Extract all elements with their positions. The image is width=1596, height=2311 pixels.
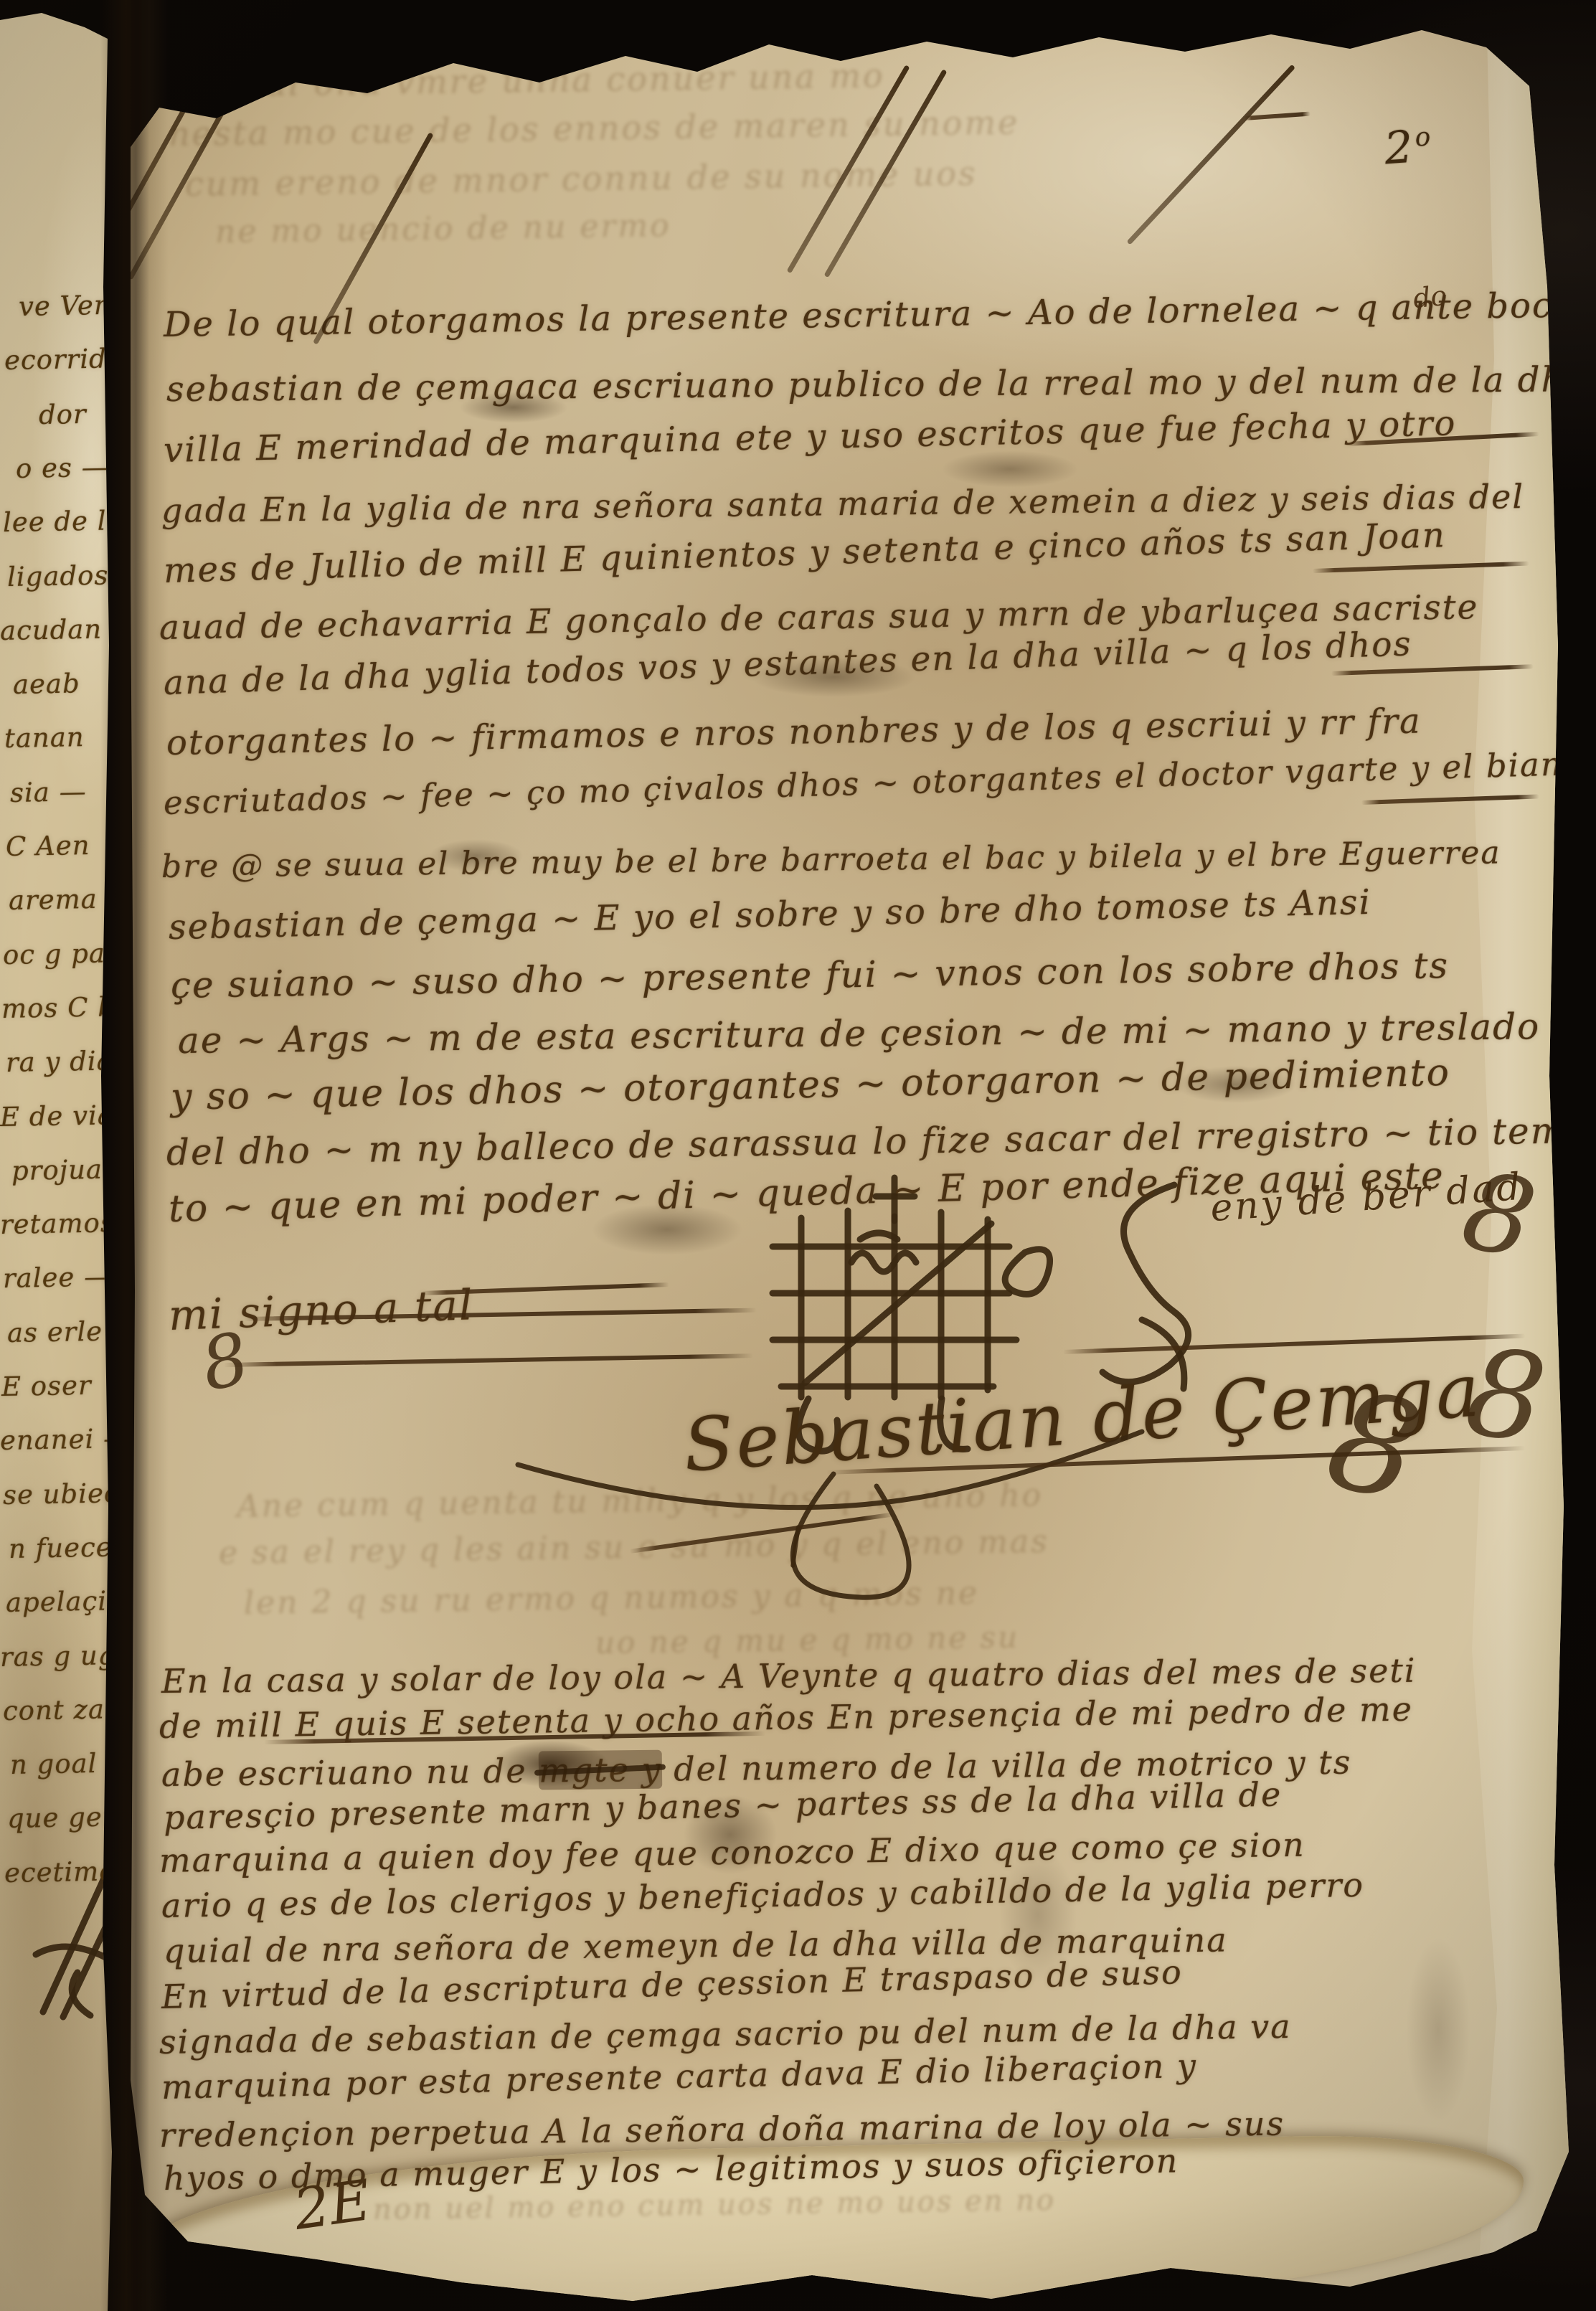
ink-blot bbox=[998, 1847, 1077, 1983]
ink-rule bbox=[1245, 112, 1311, 120]
manuscript-line: villa E merindad de marquina ete y uso e… bbox=[163, 403, 1456, 471]
ink-blot bbox=[1174, 1066, 1297, 1103]
ink-blot bbox=[591, 1204, 743, 1255]
left-page-line-fragment: dor bbox=[39, 398, 87, 430]
folio-number: 2o bbox=[1383, 119, 1436, 175]
left-page-line-fragment: as erle bbox=[7, 1315, 103, 1348]
left-page-line-fragment: lee de los· bbox=[3, 505, 147, 538]
bleedthrough-text: nesta mo cue de los ennos de maren su no… bbox=[169, 103, 1020, 153]
manuscript-page: 2o do eny de ber dad Sebastian de Çemga bbox=[131, 0, 1580, 2311]
left-page-line-fragment: n fuece bbox=[9, 1531, 113, 1564]
left-page-line-fragment: projua bbox=[11, 1154, 103, 1186]
left-page-line-fragment: arema bbox=[9, 884, 98, 916]
manuscript-line: bre @ se suua el bre muy be el bre barro… bbox=[161, 834, 1501, 885]
ink-rule bbox=[224, 1353, 753, 1367]
ink-blot bbox=[941, 450, 1079, 488]
left-page-line-fragment: oc g patd bbox=[3, 937, 135, 970]
manuscript-photo: ve Vemecorridos·doro es —lee de los·liga… bbox=[0, 0, 1596, 2311]
left-page-line-fragment: enanei — bbox=[0, 1423, 131, 1456]
left-page-line-fragment: C Aen bbox=[6, 830, 90, 862]
ink-blot bbox=[683, 1795, 778, 1875]
left-page-line-fragment: apelaçion bbox=[6, 1585, 142, 1618]
left-page-line-fragment: n goal gl bbox=[10, 1747, 133, 1780]
left-page-line-fragment: ralee — bbox=[3, 1262, 112, 1295]
left-page-line-fragment: ecorridos· bbox=[4, 343, 148, 376]
signature-flourish bbox=[432, 1406, 1221, 1621]
ink-blot bbox=[1406, 1937, 1470, 2123]
left-page-line-fragment: ra y dia bbox=[6, 1046, 113, 1079]
manuscript-line: sebastian de çemgaca escriuano publico d… bbox=[166, 359, 1587, 410]
bleedthrough-text: cum ereno de mnor connu de su nome uos bbox=[185, 154, 978, 204]
left-page-line-fragment: E oser bbox=[1, 1370, 92, 1402]
left-page-line-fragment: retamos· bbox=[0, 1207, 124, 1240]
manuscript-line: çe suiano ~ suso dho ~ presente fui ~ vn… bbox=[171, 945, 1450, 1006]
ink-blot bbox=[492, 1740, 608, 1787]
ink-blot bbox=[750, 657, 917, 697]
left-page-line-fragment: cont za — bbox=[3, 1693, 142, 1726]
bleedthrough-text: ne mo uencio de nu ermo bbox=[215, 207, 671, 250]
ink-blot bbox=[459, 392, 568, 423]
left-page-line-fragment: sia — bbox=[10, 776, 87, 808]
left-page-line-fragment: aeab bbox=[13, 668, 80, 700]
bleedthrough-text: mr ual onu vmre unna conuer una mo bbox=[179, 56, 885, 105]
left-page-edge: ve Vemecorridos·doro es —lee de los·liga… bbox=[0, 0, 115, 2311]
left-page-line-fragment: ecetimo bbox=[4, 1856, 116, 1889]
left-page-line-fragment: se ubiece bbox=[3, 1477, 136, 1510]
cancellation-slash-icon bbox=[90, 47, 220, 275]
manuscript-line: sebastian de çemga ~ E yo el sobre y so … bbox=[168, 882, 1371, 947]
left-page-line-fragment: ligados· bbox=[7, 559, 118, 592]
left-page-line-fragment: mos C be bbox=[1, 991, 132, 1024]
left-page-line-fragment: ve Vem bbox=[19, 290, 121, 322]
ink-blot bbox=[429, 839, 524, 872]
left-page-line-fragment: que geres bbox=[7, 1801, 147, 1834]
left-page-line-fragment: o es — bbox=[16, 452, 109, 484]
left-page-line-fragment: tanan bbox=[4, 722, 85, 754]
left-page-line-fragment: acudan bbox=[0, 613, 103, 646]
left-page-line-fragment: E de via — bbox=[0, 1099, 151, 1133]
manuscript-line: De lo qual otorgamos la presente escritu… bbox=[164, 285, 1554, 345]
cancellation-slash-icon bbox=[1126, 65, 1295, 245]
